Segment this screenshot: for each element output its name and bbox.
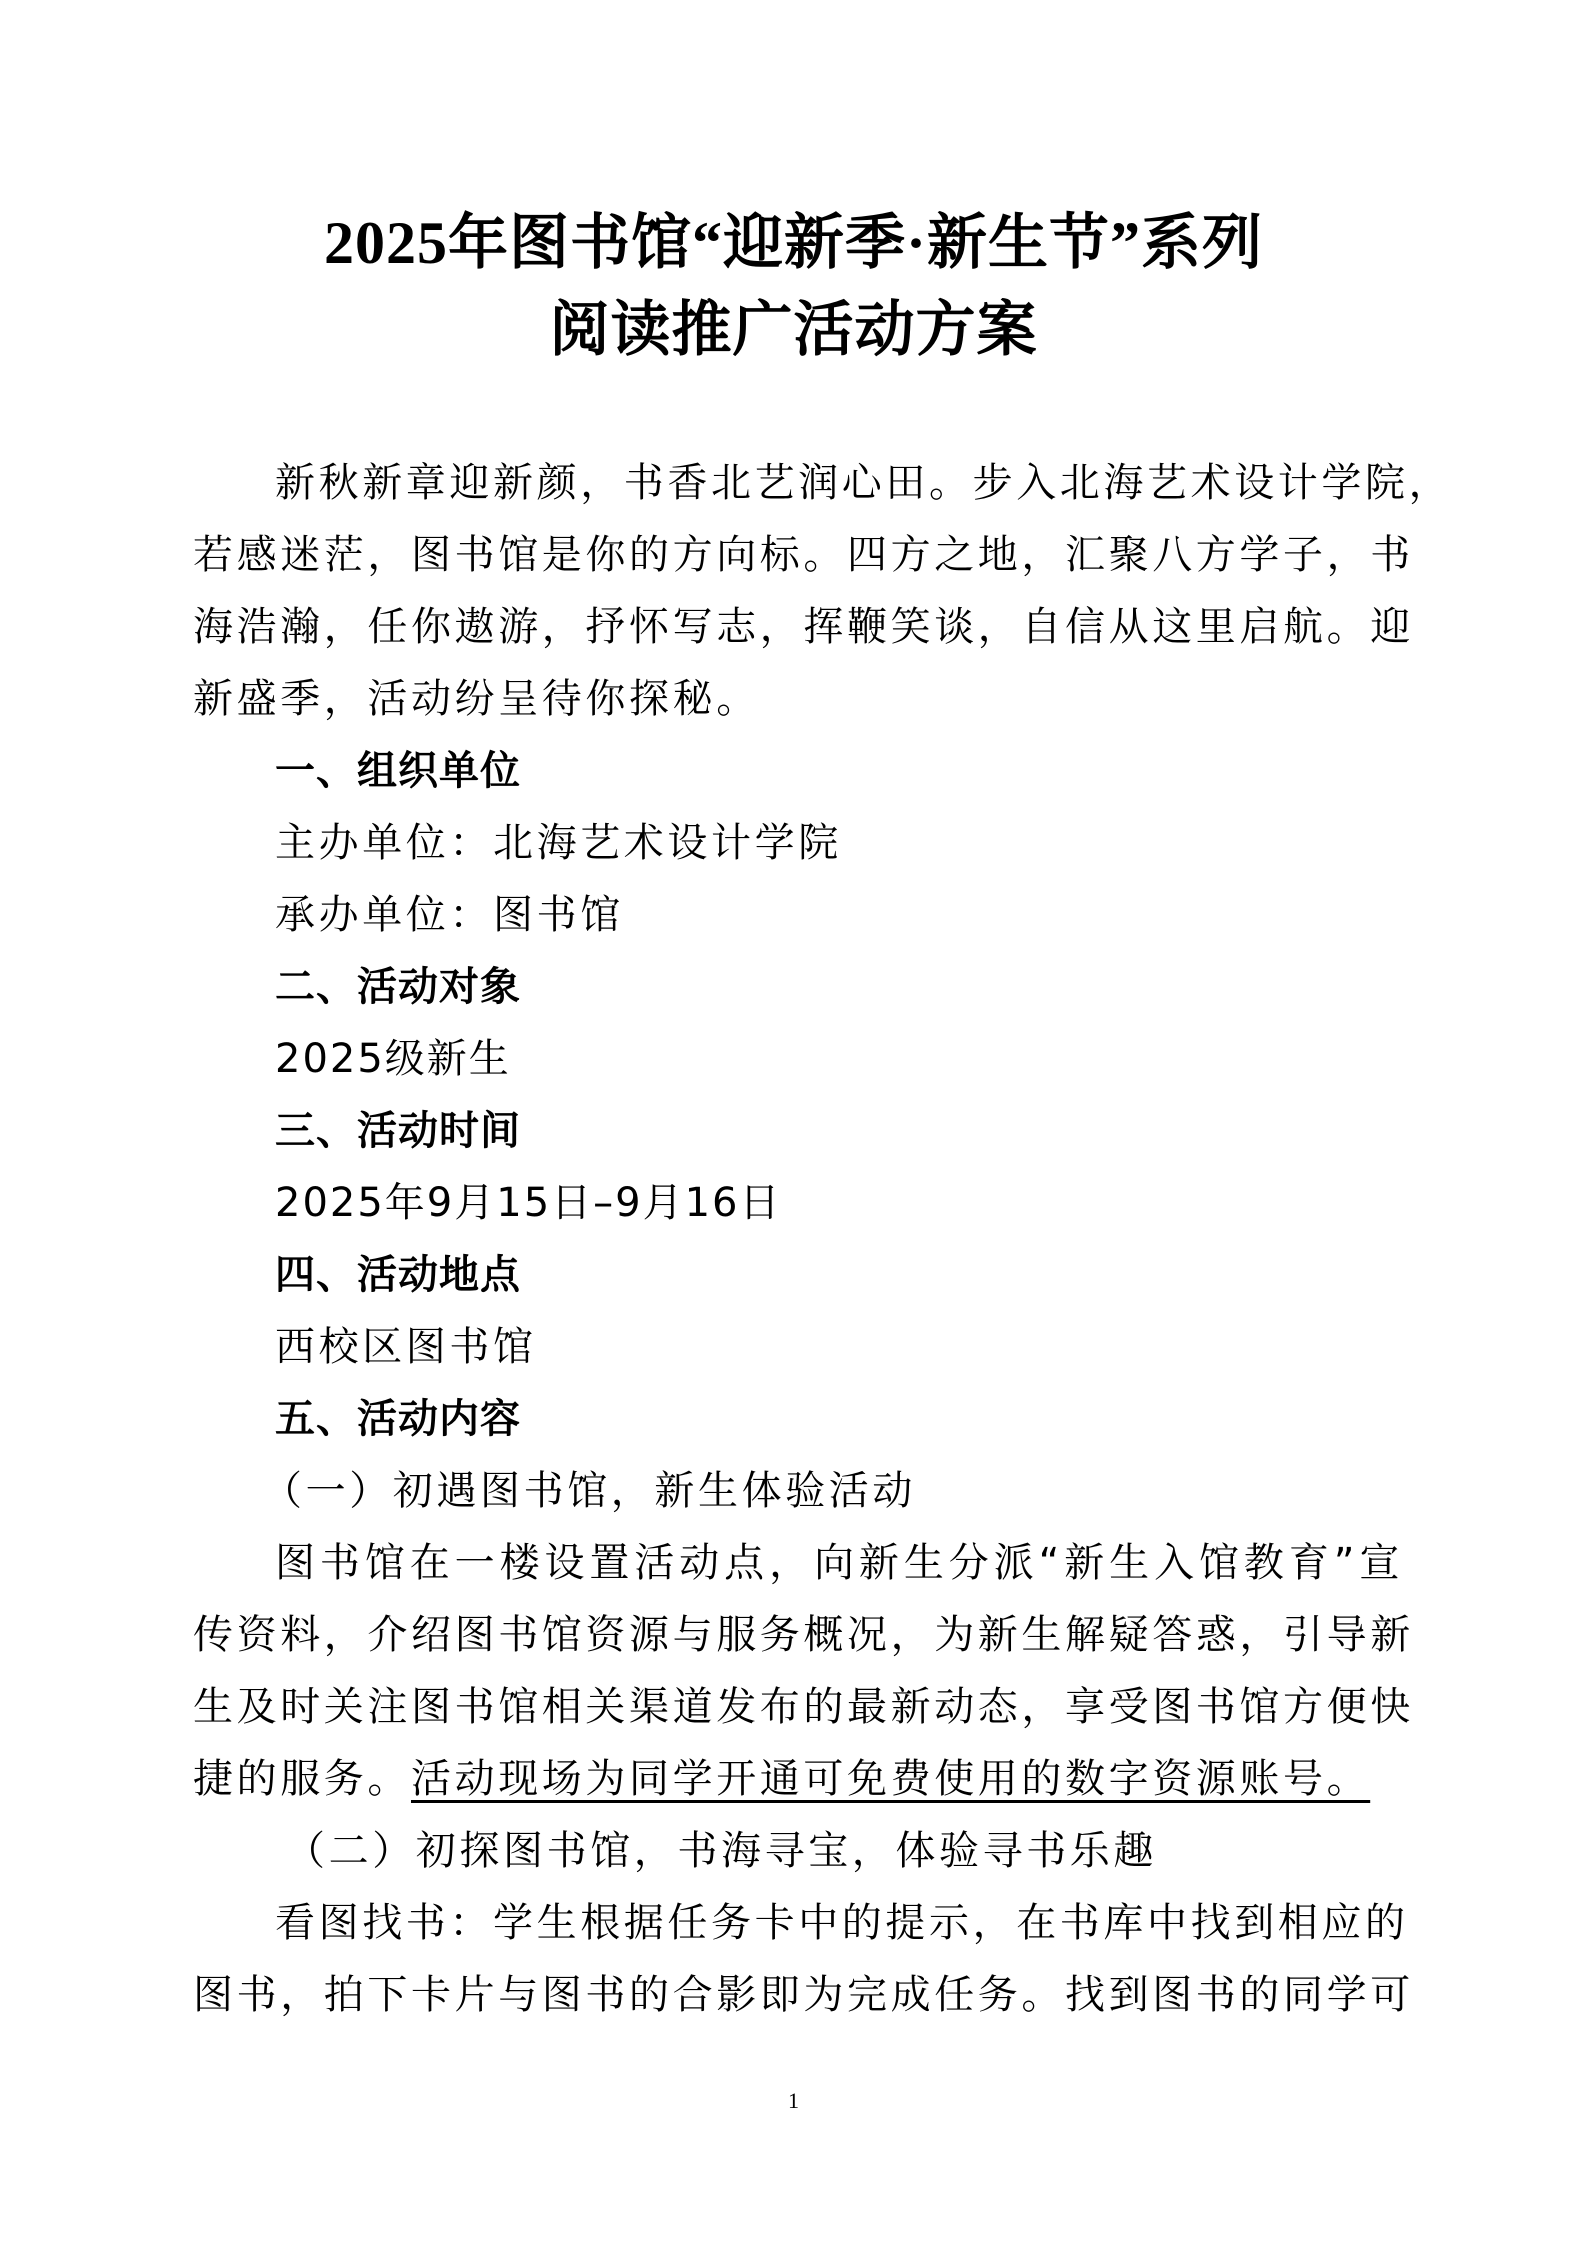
- document-page: 2025年图书馆“迎新季·新生节”系列 阅读推广活动方案 新秋新章迎新颜，书香北…: [0, 0, 1587, 2245]
- organizer-unit: 承办单位：图书馆: [275, 889, 1485, 941]
- sub1-line-4: 捷的服务。活动现场为同学开通可免费使用的数字资源账号。: [193, 1753, 1403, 1805]
- document-title-line-1: 2025年图书馆“迎新季·新生节”系列: [0, 208, 1587, 278]
- sub1-line-3: 生及时关注图书馆相关渠道发布的最新动态，享受图书馆方便快: [193, 1681, 1403, 1733]
- location-value: 西校区图书馆: [275, 1321, 1485, 1373]
- intro-line-2: 若感迷茫，图书馆是你的方向标。四方之地，汇聚八方学子，书: [193, 529, 1403, 581]
- intro-line-1: 新秋新章迎新颜，书香北艺润心田。步入北海艺术设计学院，: [275, 457, 1403, 509]
- audience-value: 2025级新生: [275, 1033, 1485, 1085]
- intro-line-4: 新盛季，活动纷呈待你探秘。: [193, 673, 1403, 725]
- sub1-line-4-text: 捷的服务。: [193, 1756, 411, 1802]
- sub1-line-1: 图书馆在一楼设置活动点，向新生分派“新生入馆教育”宣: [275, 1537, 1403, 1589]
- section-heading-content: 五、活动内容: [275, 1393, 1485, 1445]
- host-unit: 主办单位：北海艺术设计学院: [275, 817, 1485, 869]
- document-title-line-2: 阅读推广活动方案: [0, 295, 1587, 365]
- sub2-line-1: 看图找书：学生根据任务卡中的提示，在书库中找到相应的: [275, 1897, 1403, 1949]
- underlined-highlight: 活动现场为同学开通可免费使用的数字资源账号。: [411, 1756, 1370, 1802]
- page-number: 1: [0, 2088, 1587, 2114]
- subsection-heading-1: （一）初遇图书馆，新生体验活动: [262, 1465, 1472, 1517]
- sub2-line-2: 图书，拍下卡片与图书的合影即为完成任务。找到图书的同学可: [193, 1969, 1403, 2021]
- section-heading-time: 三、活动时间: [275, 1105, 1485, 1157]
- section-heading-location: 四、活动地点: [275, 1249, 1485, 1301]
- time-value: 2025年9月15日–9月16日: [275, 1177, 1485, 1229]
- section-heading-organizers: 一、组织单位: [275, 745, 1485, 797]
- intro-line-3: 海浩瀚，任你遨游，抒怀写志，挥鞭笑谈，自信从这里启航。迎: [193, 601, 1403, 653]
- section-heading-audience: 二、活动对象: [275, 961, 1485, 1013]
- subsection-heading-2: （二）初探图书馆，书海寻宝，体验寻书乐趣: [285, 1825, 1495, 1877]
- sub1-line-2: 传资料，介绍图书馆资源与服务概况，为新生解疑答惑，引导新: [193, 1609, 1403, 1661]
